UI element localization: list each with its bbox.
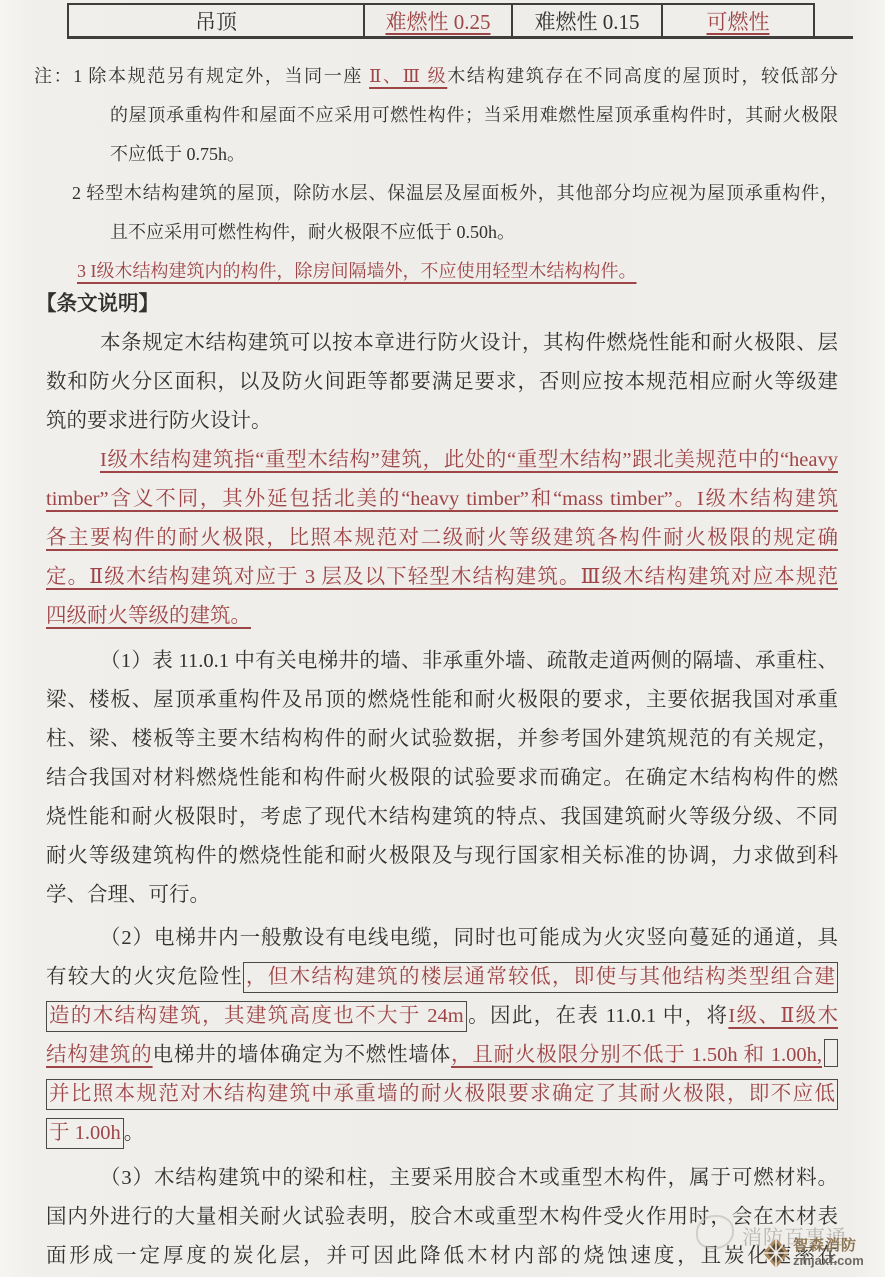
watermark-zhimiao-logo: 智森消防 zmjaxf.com — [763, 1238, 864, 1268]
text-line: 的屋顶承重构件和屋面不应采用可燃性构件；当采用难燃性屋顶承重构件时，其耐火极限 — [34, 96, 838, 135]
text-line: timber”含义不同，其外延包括北美的“heavy timber”和“mass… — [46, 480, 838, 519]
logo-text-block: 智森消防 zmjaxf.com — [793, 1238, 864, 1267]
para-elevator-shaft: （2）电梯井内一般敷设有电线电缆，同时也可能成为火灾竖向蔓延的通道，具有较大的火… — [46, 919, 838, 1153]
text-line: 不应低于 0.75h。 — [34, 135, 838, 174]
text-segment: 并比照本规范对木结构建筑中承重墙的耐火极限要求确定了其耐火极限，即不应低 — [46, 1079, 838, 1110]
text-line: 烧性能和耐火极限时，考虑了现代木结构建筑的特点、我国建筑耐火等级分级、不同 — [46, 798, 838, 837]
text-line: 2 轻型木结构建筑的屋顶，除防水层、保温层及屋面板外，其他部分均应视为屋顶承重构… — [34, 174, 838, 213]
table-cell: 可燃性 — [663, 5, 813, 36]
text-segment: 3 I级木结构建筑内的构件，除房间隔墙外，不应使用轻型木结构构件。 — [77, 261, 637, 281]
logo-website-url: zmjaxf.com — [793, 1254, 864, 1268]
text-segment: 学、合理、可行。 — [46, 884, 210, 906]
text-line: 定。Ⅱ级木结构建筑对应于 3 层及以下轻型木结构建筑。Ⅲ级木结构建筑对应本规范 — [46, 558, 838, 597]
text-segment: 不应低于 0.75h。 — [110, 144, 245, 164]
text-line: 结合我国对材料燃烧性能和构件耐火极限的试验要求而确定。在确定木结构构件的燃 — [46, 759, 838, 798]
text-line: 结构建筑的电梯井的墙体确定为不燃性墙体，且耐火极限分别不低于 1.50h 和 1… — [46, 1036, 838, 1075]
text-segment: 木结构建筑存在不同高度的屋顶时，较低部分 — [447, 66, 838, 86]
para-construction-basis: （1）表 11.0.1 中有关电梯井的墙、非承重外墙、疏散走道两侧的隔墙、承重柱… — [46, 642, 838, 915]
text-line: 本条规定木结构建筑可以按本章进行防火设计，其构件燃烧性能和耐火极限、层 — [46, 324, 838, 363]
text-segment: （3）木结构建筑中的梁和柱，主要采用胶合木或重型木构件，属于可燃材料。 — [100, 1167, 838, 1189]
text-segment: 【条文说明】 — [36, 293, 159, 315]
table-row-ceiling: 吊顶难燃性 0.25难燃性 0.15可燃性 — [67, 3, 815, 36]
text-segment: 2 轻型木结构建筑的屋顶，除防水层、保温层及屋面板外，其他部分均应视为屋顶承重构… — [72, 183, 838, 203]
text-segment: 本条规定木结构建筑可以按本章进行防火设计，其构件燃烧性能和耐火极限、层 — [100, 332, 838, 354]
text-line: 筑的要求进行防火设计。 — [46, 402, 838, 441]
text-segment: 且不应采用可燃性构件，耐火极限不应低于 0.50h。 — [110, 222, 515, 242]
text-segment: 烧性能和耐火极限时，考虑了现代木结构建筑的特点、我国建筑耐火等级分级、不同 — [46, 806, 838, 828]
text-line: 各主要构件的耐火极限，比照本规范对二级耐火等级建筑各构件耐火极限的规定确 — [46, 519, 838, 558]
text-segment: 耐火等级建筑构件的燃烧性能和耐火极限及与现行国家相关标准的协调，力求做到科 — [46, 845, 838, 867]
text-line: 柱、梁、楼板等主要木结构构件的耐火试验数据，并参考国外建筑规范的有关规定， — [46, 720, 838, 759]
text-segment: ，且耐火极限分别不低于 1.50h 和 1.00h, — [451, 1044, 822, 1066]
text-segment: 。 — [124, 1122, 145, 1144]
text-line: 并比照本规范对木结构建筑中承重墙的耐火极限要求确定了其耐火极限，即不应低 — [46, 1075, 838, 1114]
table-cell: 吊顶 — [69, 5, 365, 36]
text-segment: 注：1 除本规范另有规定外，当同一座 — [34, 66, 369, 86]
table-cell: 难燃性 0.25 — [365, 5, 513, 36]
table-cell: 难燃性 0.15 — [513, 5, 663, 36]
text-segment: 四级耐火等级的建筑。 — [46, 605, 251, 627]
logo-company-name: 智森消防 — [793, 1238, 864, 1254]
text-segment: timber”含义不同，其外延包括北美的“heavy timber”和“mass… — [46, 488, 838, 510]
text-segment: 数和防火分区面积，以及防火间距等都要满足要求，否则应按本规范相应耐火等级建 — [46, 371, 838, 393]
text-segment: 于 1.00h — [46, 1118, 124, 1149]
text-line: 数和防火分区面积，以及防火间距等都要满足要求，否则应按本规范相应耐火等级建 — [46, 363, 838, 402]
notes-block: 注：1 除本规范另有规定外，当同一座 Ⅱ、Ⅲ 级木结构建筑存在不同高度的屋顶时，… — [34, 57, 838, 291]
diamond-logo-icon — [763, 1238, 789, 1268]
text-line: 有较大的火灾危险性，但木结构建筑的楼层通常较低，即使与其他结构类型组合建 — [46, 958, 838, 997]
text-segment: 结构建筑的 — [46, 1044, 153, 1066]
text-line: 且不应采用可燃性构件，耐火极限不应低于 0.50h。 — [34, 213, 838, 252]
scanned-document-page: 吊顶难燃性 0.25难燃性 0.15可燃性 注：1 除本规范另有规定外，当同一座… — [0, 0, 885, 1277]
text-segment: （2）电梯井内一般敷设有电线电缆，同时也可能成为火灾竖向蔓延的通道，具 — [100, 927, 838, 949]
para-heavy-timber-definition: I级木结构建筑指“重型木结构”建筑，此处的“重型木结构”跟北美规范中的“heav… — [46, 441, 838, 636]
text-segment: 结合我国对材料燃烧性能和构件耐火极限的试验要求而确定。在确定木结构构件的燃 — [46, 767, 838, 789]
text-segment: Ⅱ、Ⅲ 级 — [369, 66, 447, 86]
text-segment: （1）表 11.0.1 中有关电梯井的墙、非承重外墙、疏散走道两侧的隔墙、承重柱… — [100, 650, 838, 672]
text-segment: 筑的要求进行防火设计。 — [46, 410, 272, 432]
text-line: （3）木结构建筑中的梁和柱，主要采用胶合木或重型木构件，属于可燃材料。 — [46, 1159, 838, 1198]
text-line: 四级耐火等级的建筑。 — [46, 597, 838, 636]
text-line: 学、合理、可行。 — [46, 876, 838, 915]
text-line: 注：1 除本规范另有规定外，当同一座 Ⅱ、Ⅲ 级木结构建筑存在不同高度的屋顶时，… — [34, 57, 838, 96]
text-segment: 梁、楼板、屋顶承重构件及吊顶的燃烧性能和耐火极限的要求，主要依据我国对承重 — [46, 689, 838, 711]
text-line: 耐火等级建筑构件的燃烧性能和耐火极限及与现行国家相关标准的协调，力求做到科 — [46, 837, 838, 876]
empty-annotation-box — [824, 1039, 838, 1067]
table-bottom-rule — [67, 36, 853, 39]
text-segment: 柱、梁、楼板等主要木结构构件的耐火试验数据，并参考国外建筑规范的有关规定， — [46, 728, 838, 750]
text-segment: 定。Ⅱ级木结构建筑对应于 3 层及以下轻型木结构建筑。Ⅲ级木结构建筑对应本规范 — [46, 566, 838, 588]
text-segment: 的屋顶承重构件和屋面不应采用可燃性构件；当采用难燃性屋顶承重构件时，其耐火极限 — [110, 105, 838, 125]
text-line: 于 1.00h。 — [46, 1114, 838, 1153]
text-segment: I级木结构建筑指“重型木结构”建筑，此处的“重型木结构”跟北美规范中的“heav… — [100, 449, 838, 471]
text-segment: 有较大的火灾危险性 — [46, 966, 243, 988]
text-segment: 电梯井的墙体确定为不燃性墙体 — [153, 1044, 451, 1066]
text-line: （1）表 11.0.1 中有关电梯井的墙、非承重外墙、疏散走道两侧的隔墙、承重柱… — [46, 642, 838, 681]
text-segment: I级、Ⅱ级木 — [728, 1005, 838, 1027]
text-line: I级木结构建筑指“重型木结构”建筑，此处的“重型木结构”跟北美规范中的“heav… — [46, 441, 838, 480]
text-segment: 造的木结构建筑，其建筑高度也不大于 24m — [46, 1001, 467, 1032]
watermark-swirl-icon — [696, 1215, 734, 1249]
text-line: （2）电梯井内一般敷设有电线电缆，同时也可能成为火灾竖向蔓延的通道，具 — [46, 919, 838, 958]
document-body: 注：1 除本规范另有规定外，当同一座 Ⅱ、Ⅲ 级木结构建筑存在不同高度的屋顶时，… — [0, 57, 885, 1276]
text-line: 造的木结构建筑，其建筑高度也不大于 24m。因此，在表 11.0.1 中，将I级… — [46, 997, 838, 1036]
text-segment: 各主要构件的耐火极限，比照本规范对二级耐火等级建筑各构件耐火极限的规定确 — [46, 527, 838, 549]
text-segment: ，但木结构建筑的楼层通常较低，即使与其他结构类型组合建 — [243, 962, 838, 993]
para-general-provision: 本条规定木结构建筑可以按本章进行防火设计，其构件燃烧性能和耐火极限、层数和防火分… — [46, 324, 838, 441]
text-segment: 。因此，在表 11.0.1 中，将 — [467, 1005, 729, 1027]
text-line: 梁、楼板、屋顶承重构件及吊顶的燃烧性能和耐火极限的要求，主要依据我国对承重 — [46, 681, 838, 720]
